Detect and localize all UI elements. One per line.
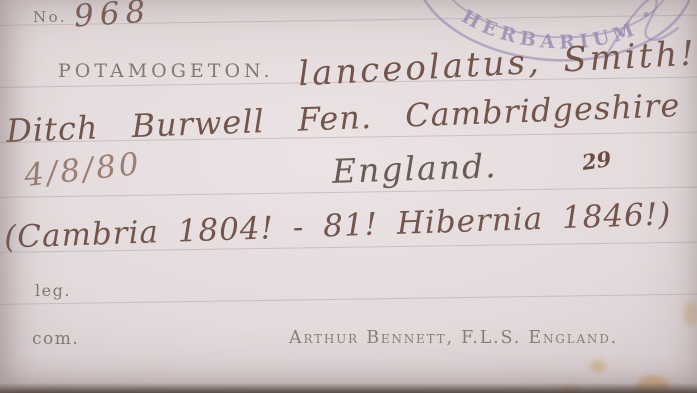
collector-field-label: leg.: [35, 281, 71, 300]
number-field-label: No.: [33, 8, 67, 26]
country-handwritten: England.: [331, 146, 498, 191]
communicator-name-printed: Arthur Bennett, F.L.S. England.: [289, 328, 618, 348]
foxing-stain: [590, 360, 606, 372]
date-handwritten: 4/8/80: [22, 146, 143, 194]
ruled-line: [0, 293, 697, 305]
specimen-number-handwritten: 968: [73, 0, 152, 35]
communicator-field-label: com.: [32, 329, 79, 349]
locality-handwritten: Ditch Burwell Fen. Cambridgeshire: [6, 86, 681, 150]
foxing-stain: [684, 300, 697, 326]
genus-printed: POTAMOGETON.: [58, 60, 274, 82]
annotation-number-handwritten: 29: [580, 146, 612, 175]
card-bottom-edge-shadow: [0, 383, 697, 393]
herbarium-label-card: HERBARIUM No. 968 POTAMOGETON. lanceolat…: [0, 0, 697, 393]
